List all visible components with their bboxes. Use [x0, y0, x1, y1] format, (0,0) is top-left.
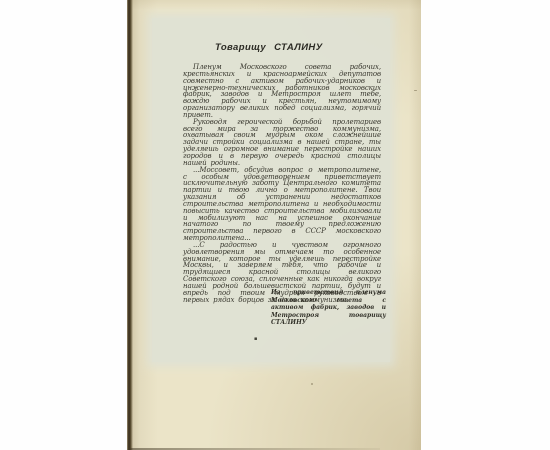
- separator-mark: ▪: [254, 337, 257, 342]
- paper-speck: [311, 383, 313, 385]
- dedication-body: Пленум Московского совета рабочих, крест…: [183, 64, 381, 304]
- dedication-paragraph-1: Пленум Московского совета рабочих, крест…: [183, 64, 381, 119]
- dedication-paragraph-3: ...Моссовет, обсудив вопрос о метрополит…: [183, 167, 381, 242]
- scan-background: Товарищу СТАЛИНУ Пленум Московского сове…: [0, 0, 550, 450]
- attribution-note: Из приветствия пленума Московского совет…: [271, 289, 386, 327]
- dedication-paragraph-2: Руководя героической борьбой пролетариев…: [183, 119, 381, 167]
- paper-speck: [414, 90, 417, 91]
- dedication-heading: Товарищу СТАЛИНУ: [215, 42, 323, 53]
- spine-shadow: [127, 0, 133, 450]
